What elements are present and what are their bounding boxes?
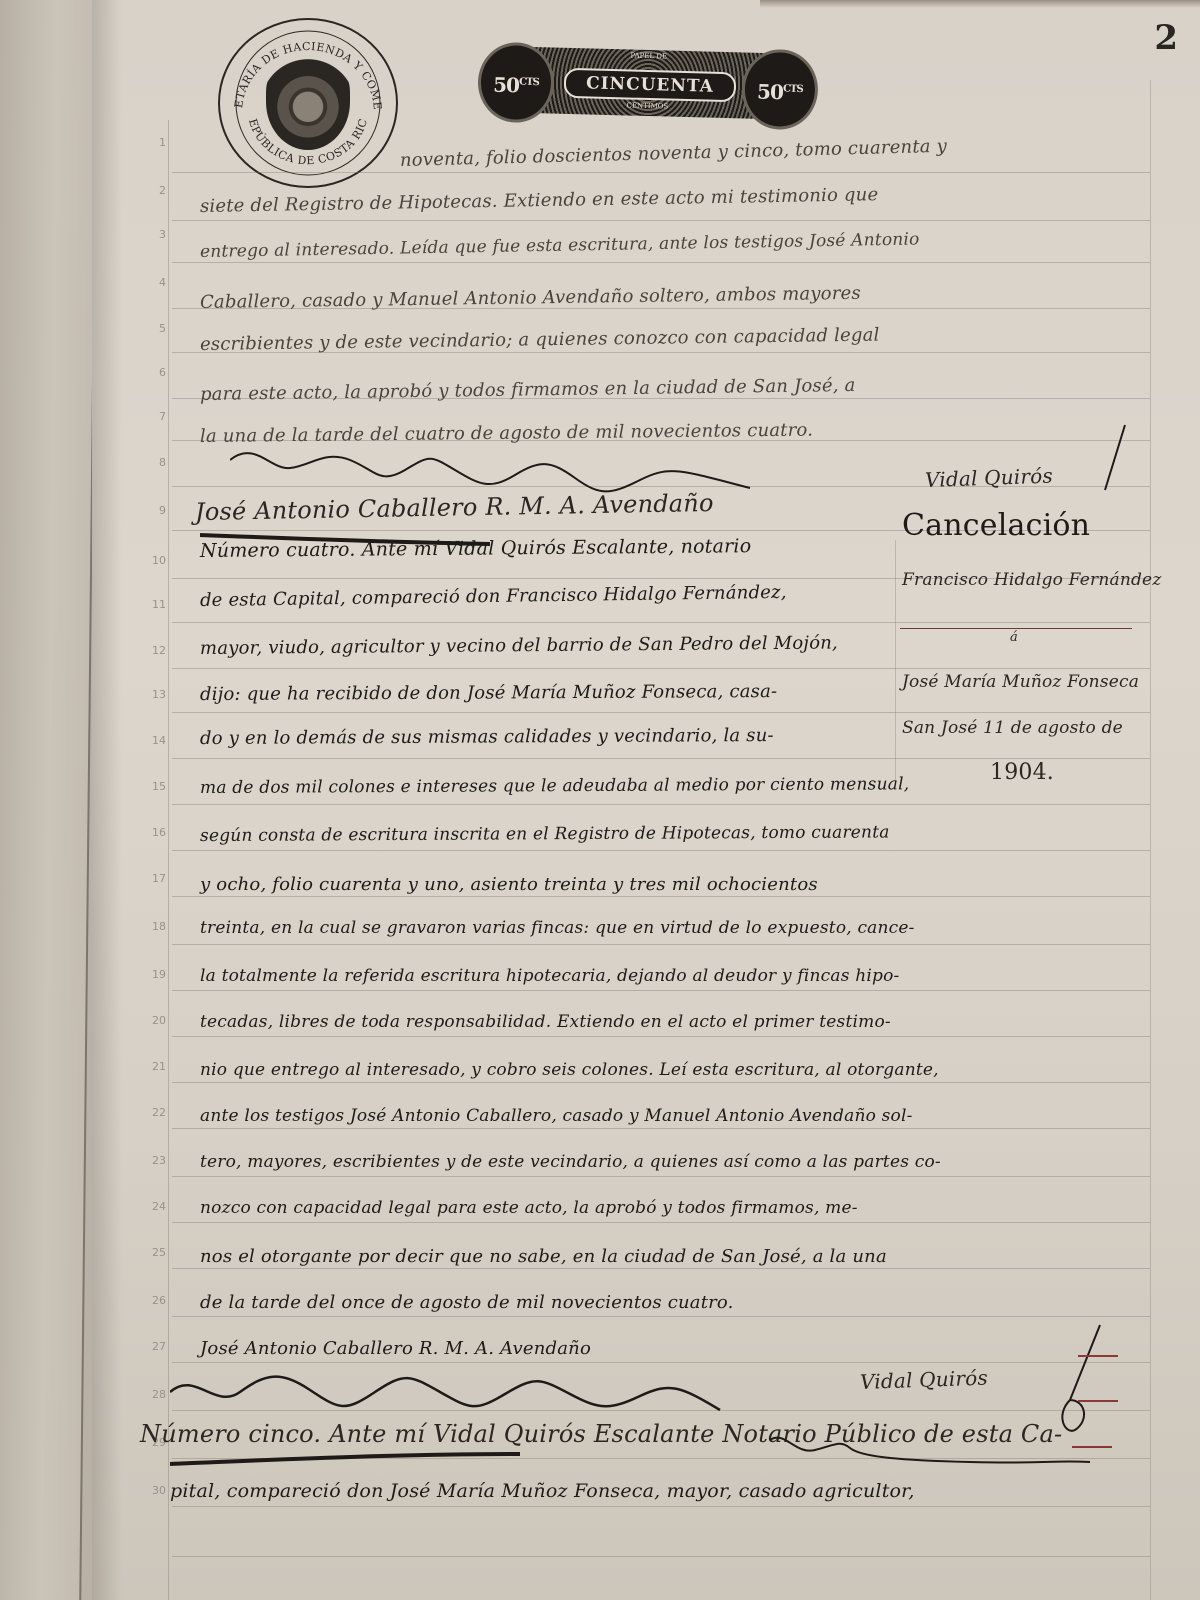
line-number: 23: [140, 1154, 166, 1167]
text-line-18: treinta, en la cual se gravaron varias f…: [200, 918, 915, 938]
ruled-line: [172, 990, 1150, 991]
stamp-unit-left: CTS: [519, 77, 539, 89]
ruled-line: [172, 712, 1150, 713]
government-seal: SECRETARÍA DE HACIENDA Y COMERCIO REPÚBL…: [218, 18, 398, 188]
page-gutter-shadow: [92, 0, 122, 1600]
text-line-14: do y en lo demás de sus mismas calidades…: [200, 725, 774, 749]
line-number: 7: [140, 410, 166, 423]
line-number: 21: [140, 1060, 166, 1073]
line-number: 16: [140, 826, 166, 839]
margin-note-divider-line: [900, 628, 1132, 629]
coat-of-arms-icon: [266, 54, 350, 150]
line-number: 22: [140, 1106, 166, 1119]
margin-note-party-1: Francisco Hidalgo Fernández: [902, 570, 1161, 590]
line-number: 30: [140, 1484, 166, 1497]
text-line-23: tero, mayores, escribientes y de este ve…: [200, 1152, 941, 1172]
line-number: 4: [140, 276, 166, 289]
ruled-line: [172, 758, 1150, 759]
margin-rule: [168, 120, 169, 1600]
ruled-line: [172, 1128, 1150, 1129]
line-number: 1: [140, 136, 166, 149]
page-top-stain: [760, 0, 1200, 8]
margin-note-title: Cancelación: [902, 508, 1090, 543]
ruled-line: [172, 1362, 1150, 1363]
ruled-line: [172, 850, 1150, 851]
line-filler-squiggle-icon: [170, 1370, 730, 1420]
text-line-21: nio que entrego al interesado, y cobro s…: [200, 1060, 939, 1080]
margin-note-divider: [895, 540, 896, 780]
ruled-line: [172, 668, 1150, 669]
ruled-line: [172, 1556, 1150, 1557]
pen-stroke-icon: [1090, 420, 1130, 500]
ruled-line: [172, 262, 1150, 263]
revenue-stamp: 50CTS PAPEL DE CINCUENTA CENTIMOS 50CTS: [467, 35, 829, 132]
ruled-line: [172, 896, 1150, 897]
red-margin-tick: [1078, 1355, 1118, 1357]
page-number: 2: [1154, 18, 1178, 58]
margin-note-party-2: José María Muñoz Fonseca: [902, 672, 1139, 692]
line-number: 15: [140, 780, 166, 793]
line-number: 19: [140, 968, 166, 981]
line-number: 2: [140, 184, 166, 197]
ruled-line: [172, 1316, 1150, 1317]
line-number: 13: [140, 688, 166, 701]
line-number: 18: [140, 920, 166, 933]
text-line-16: según consta de escritura inscrita en el…: [200, 822, 890, 846]
line-number: 26: [140, 1294, 166, 1307]
line-number: 10: [140, 554, 166, 567]
ruled-line: [172, 944, 1150, 945]
line-number: 6: [140, 366, 166, 379]
line-number: 20: [140, 1014, 166, 1027]
text-line-15: ma de dos mil colones e intereses que le…: [200, 774, 909, 798]
margin-note-year: 1904.: [990, 760, 1054, 785]
notary-signature-1: Vidal Quirós: [925, 464, 1054, 492]
text-line-25: nos el otorgante por decir que no sabe, …: [200, 1246, 887, 1267]
right-margin-rule: [1150, 80, 1151, 1600]
text-line-29: pital, compareció don José María Muñoz F…: [170, 1480, 915, 1502]
ruled-line: [172, 804, 1150, 805]
previous-page-edge: [0, 0, 98, 1600]
ruled-line: [172, 172, 1150, 173]
ruled-line: [172, 1268, 1150, 1269]
ruled-line: [172, 1222, 1150, 1223]
line-number: 24: [140, 1200, 166, 1213]
line-number: 27: [140, 1340, 166, 1353]
margin-note-connector: á: [1010, 630, 1018, 645]
text-line-13: dijo: que ha recibido de don José María …: [200, 681, 777, 705]
margin-note-place-date: San José 11 de agosto de: [902, 718, 1123, 738]
ruled-line: [172, 1506, 1150, 1507]
red-margin-tick: [1078, 1400, 1118, 1402]
text-line-20: tecadas, libres de toda responsabilidad.…: [200, 1012, 891, 1032]
line-number: 14: [140, 734, 166, 747]
line-number: 8: [140, 456, 166, 469]
stamp-small-top: PAPEL DE: [619, 51, 679, 61]
notary-signature-2: Vidal Quirós: [860, 1366, 989, 1394]
text-line-27: José Antonio Caballero R. M. A. Avendaño: [200, 1338, 591, 1359]
ruled-line: [172, 1176, 1150, 1177]
text-line-17: y ocho, folio cuarenta y uno, asiento tr…: [200, 874, 818, 895]
stamp-label: CINCUENTA: [564, 68, 737, 102]
line-number: 3: [140, 228, 166, 241]
line-number: 28: [140, 1388, 166, 1401]
line-number: 12: [140, 644, 166, 657]
text-line-26: de la tarde del once de agosto de mil no…: [200, 1292, 734, 1313]
text-line-19: la totalmente la referida escritura hipo…: [200, 966, 900, 986]
stamp-value-right-number: 50: [757, 80, 783, 105]
signature-underline-icon: [170, 1450, 530, 1470]
line-number: 17: [140, 872, 166, 885]
line-filler-squiggle-icon: [770, 1430, 1100, 1470]
line-number: 9: [140, 504, 166, 517]
ruled-line: [172, 220, 1150, 221]
ruled-line: [172, 1082, 1150, 1083]
stamp-unit-right: CTS: [783, 84, 803, 96]
line-number: 5: [140, 322, 166, 335]
ruled-line: [172, 1036, 1150, 1037]
text-line-22: ante los testigos José Antonio Caballero…: [200, 1106, 913, 1126]
stamp-value-left-number: 50: [493, 73, 519, 98]
stamp-small-bottom: CENTIMOS: [617, 101, 677, 111]
line-number: 11: [140, 598, 166, 611]
text-line-24: nozco con capacidad legal para este acto…: [200, 1198, 858, 1218]
line-number: 25: [140, 1246, 166, 1259]
stamp-value-right: 50CTS: [741, 48, 819, 130]
ruled-line: [172, 622, 1150, 623]
